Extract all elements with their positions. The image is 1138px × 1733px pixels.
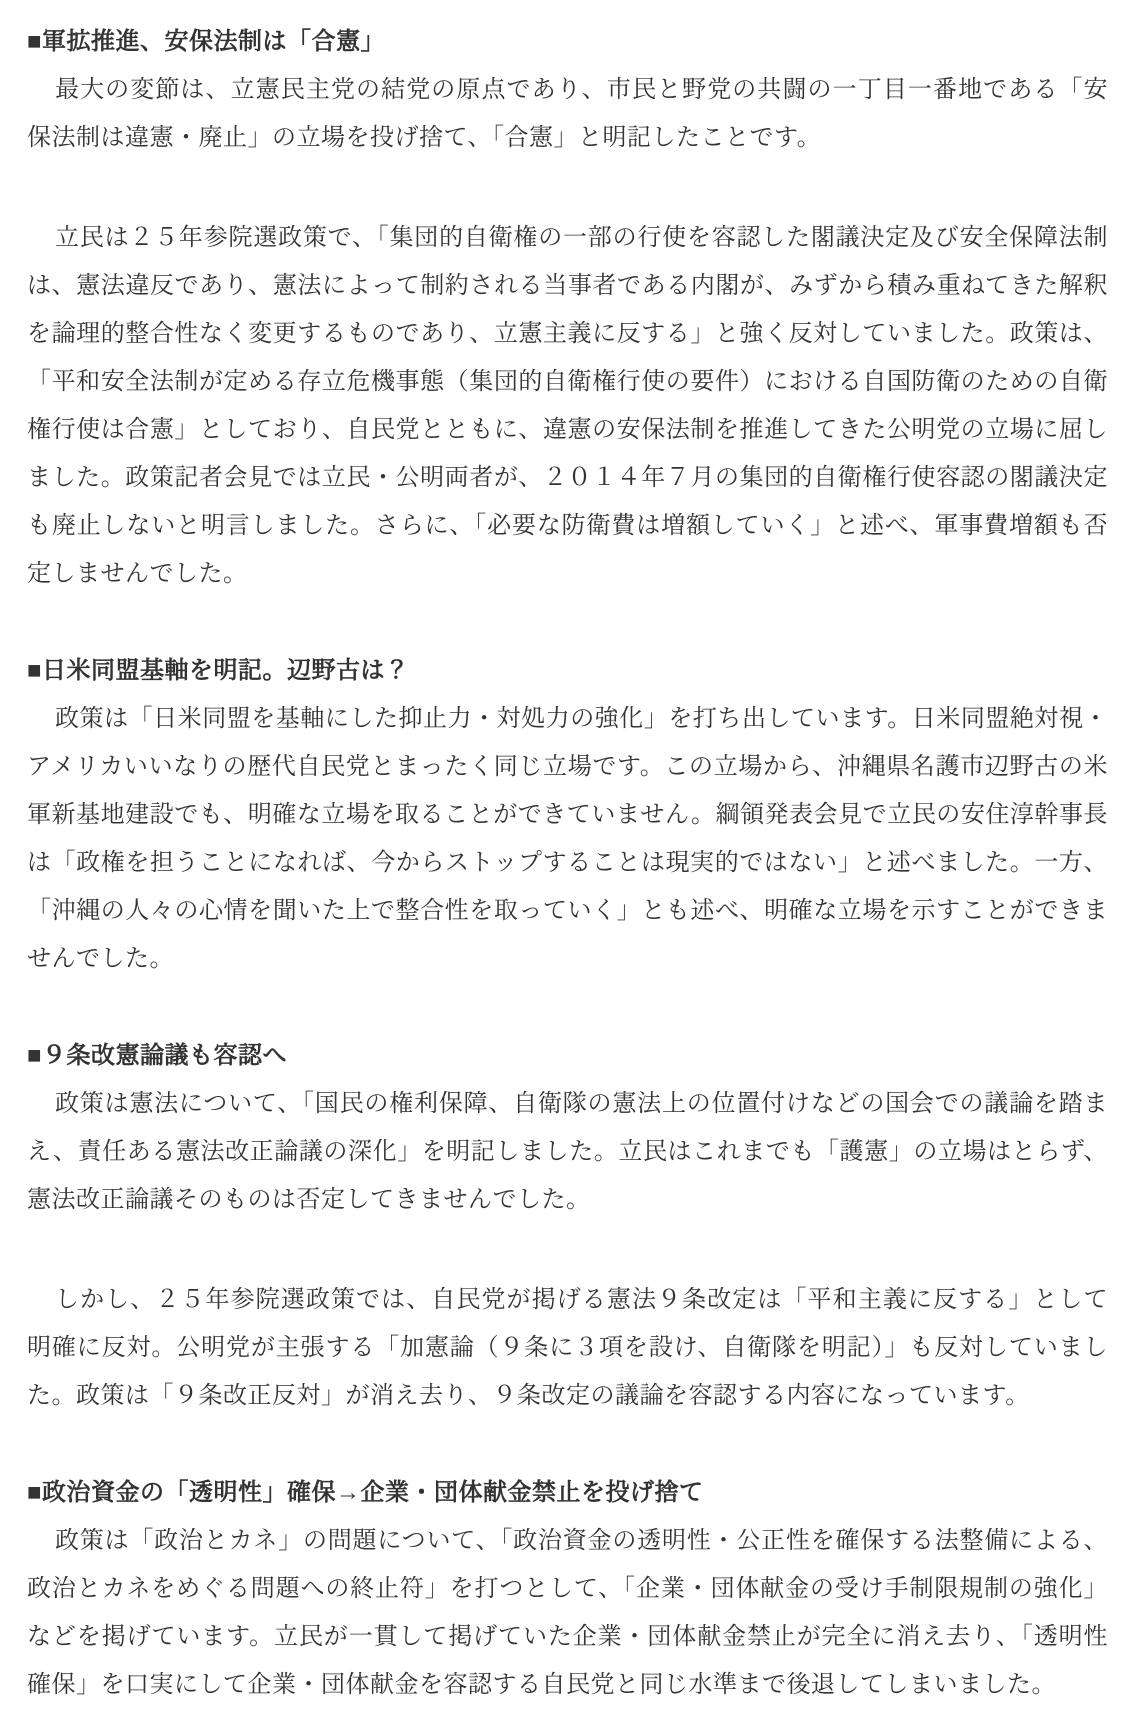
paragraph: 立民は２５年参院選政策で、「集団的自衛権の一部の行使を容認した閣議決定及び安全保…: [27, 214, 1108, 598]
section-seiji-shikin: ■政治資金の「透明性」確保→企業・団体献金禁止を投げ捨て 政策は「政治とカネ」の…: [27, 1469, 1108, 1709]
section-9jo-kaiken: ■９条改憲論議も容認へ 政策は憲法について、「国民の権利保障、自衛隊の憲法上の位…: [27, 1032, 1108, 1420]
section-heading: ■日米同盟基軸を明記。辺野古は？: [27, 647, 1108, 695]
article-page: ■軍拡推進、安保法制は「合憲」 最大の変節は、立憲民主党の結党の原点であり、市民…: [0, 0, 1138, 1733]
paragraph: 政策は「日米同盟を基軸にした抑止力・対処力の強化」を打ち出しています。日米同盟絶…: [27, 695, 1108, 983]
paragraph: しかし、２５年参院選政策では、自民党が掲げる憲法９条改定は「平和主義に反する」と…: [27, 1276, 1108, 1420]
section-heading: ■政治資金の「透明性」確保→企業・団体献金禁止を投げ捨て: [27, 1469, 1108, 1517]
paragraph: 最大の変節は、立憲民主党の結党の原点であり、市民と野党の共闘の一丁目一番地である…: [27, 66, 1108, 162]
paragraph: 政策は「政治とカネ」の問題について、「政治資金の透明性・公正性を確保する法整備に…: [27, 1517, 1108, 1709]
paragraph: 政策は憲法について、「国民の権利保障、自衛隊の憲法上の位置付けなどの国会での議論…: [27, 1080, 1108, 1224]
section-heading: ■軍拡推進、安保法制は「合憲」: [27, 18, 1108, 66]
section-nichibei-domei: ■日米同盟基軸を明記。辺野古は？ 政策は「日米同盟を基軸にした抑止力・対処力の強…: [27, 647, 1108, 983]
section-anpo-goken: ■軍拡推進、安保法制は「合憲」 最大の変節は、立憲民主党の結党の原点であり、市民…: [27, 18, 1108, 598]
section-heading: ■９条改憲論議も容認へ: [27, 1032, 1108, 1080]
